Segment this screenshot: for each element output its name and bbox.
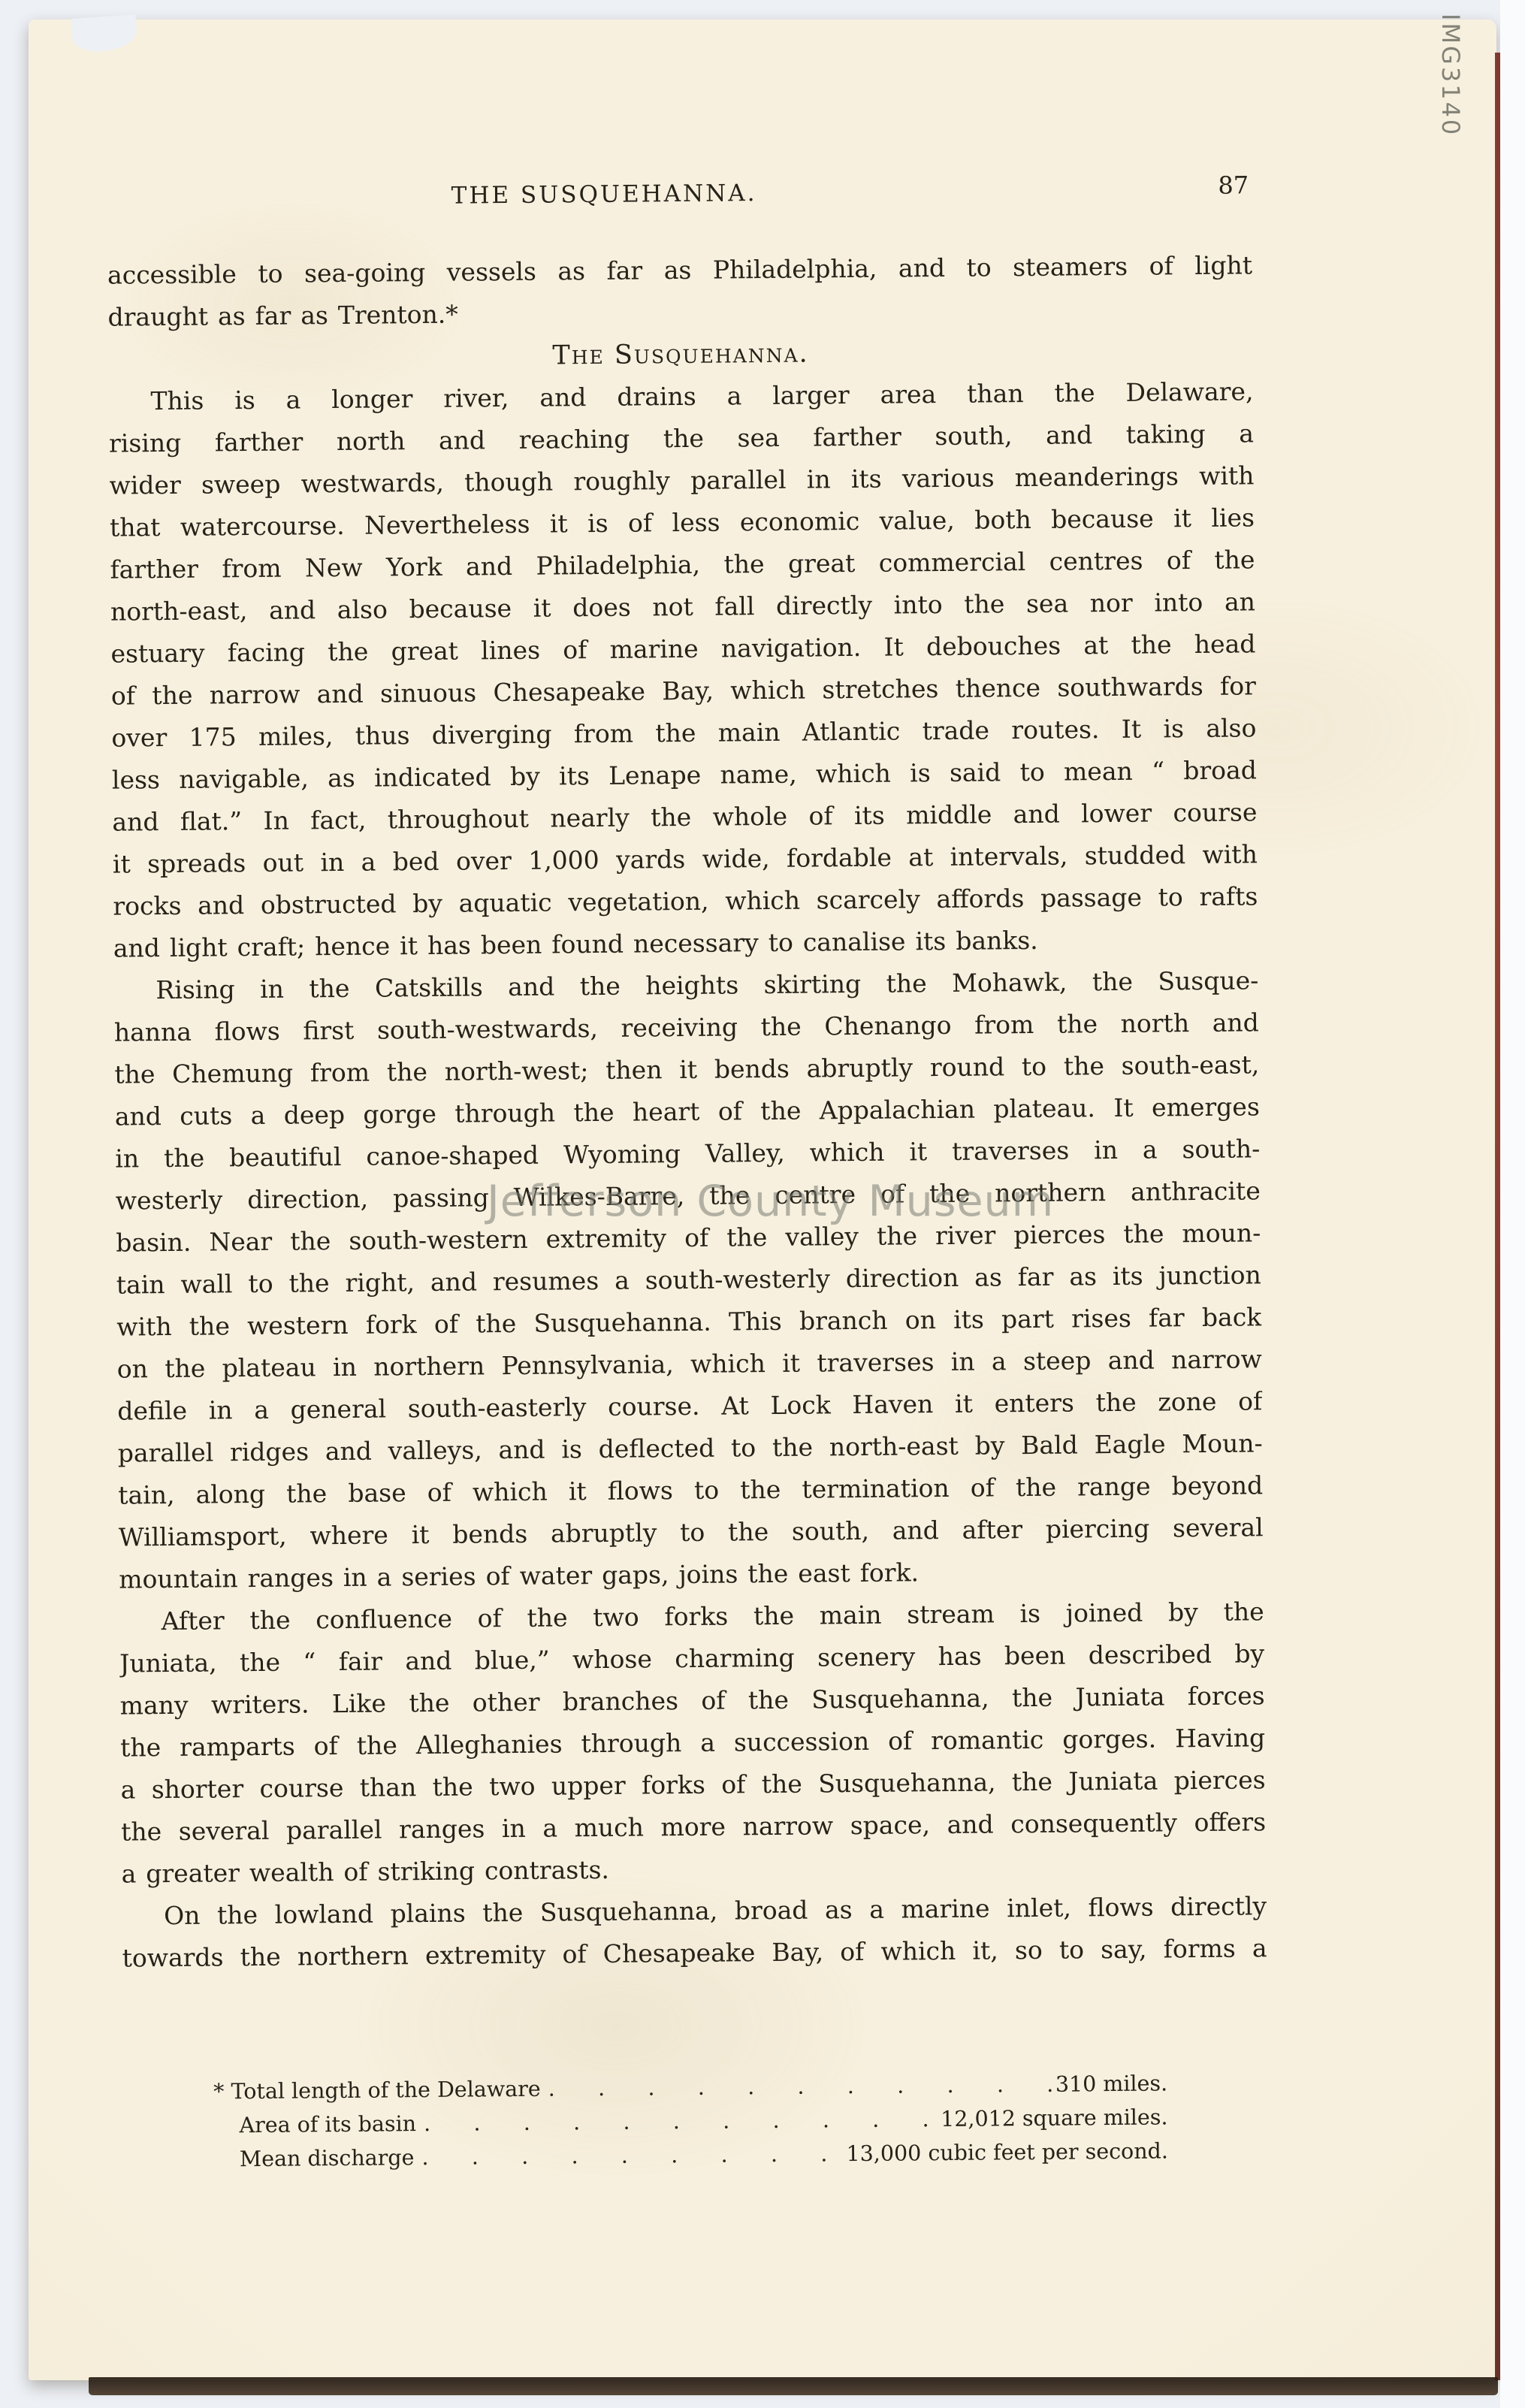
museum-watermark: Jefferson County Museum	[487, 1177, 1054, 1226]
scanned-book-page: { "document": { "running_header": { "tit…	[0, 0, 1525, 2408]
footnote-label: * Total length of the Delaware	[213, 2072, 541, 2109]
intro-continuation-paragraph: accessible to sea-going vessels as far a…	[107, 244, 1253, 338]
scanner-background-right	[1500, 0, 1525, 2408]
footnote-label: Area of its basin	[239, 2107, 416, 2142]
footnote-value: 310 miles.	[1055, 2066, 1168, 2101]
footnote-value: 12,012 square miles.	[941, 2100, 1168, 2136]
paragraph-3: After the confluence of the two forks th…	[119, 1591, 1266, 1895]
footnote-value: 13,000 cubic feet per second.	[846, 2134, 1168, 2171]
footnote-leader-dots: . . . . . . . . . . . . . . . . . . . . …	[414, 2137, 847, 2174]
page-bottom-shadow	[89, 2377, 1498, 2395]
paragraph-4: On the lowland plains the Susquehanna, b…	[122, 1885, 1267, 1979]
footnote: * Total length of the Delaware . . . . .…	[213, 2066, 1168, 2176]
footnote-label: Mean discharge	[240, 2141, 415, 2176]
paragraph-1: This is a longer river, and drains a lar…	[108, 370, 1258, 969]
paragraph-2: Rising in the Catskills and the heights …	[113, 959, 1264, 1600]
page-red-edge	[1495, 53, 1500, 2380]
footnote-leader-dots: . . . . . . . . . . . . . . . . . . . . …	[540, 2068, 1055, 2106]
footnote-leader-dots: . . . . . . . . . . . . . . . . . . . . …	[416, 2102, 941, 2141]
pencil-id-annotation: IMG3140	[1436, 14, 1465, 137]
page-number: 87	[1218, 171, 1249, 199]
text-line: towards the northern extremity of Chesap…	[122, 1927, 1267, 1979]
